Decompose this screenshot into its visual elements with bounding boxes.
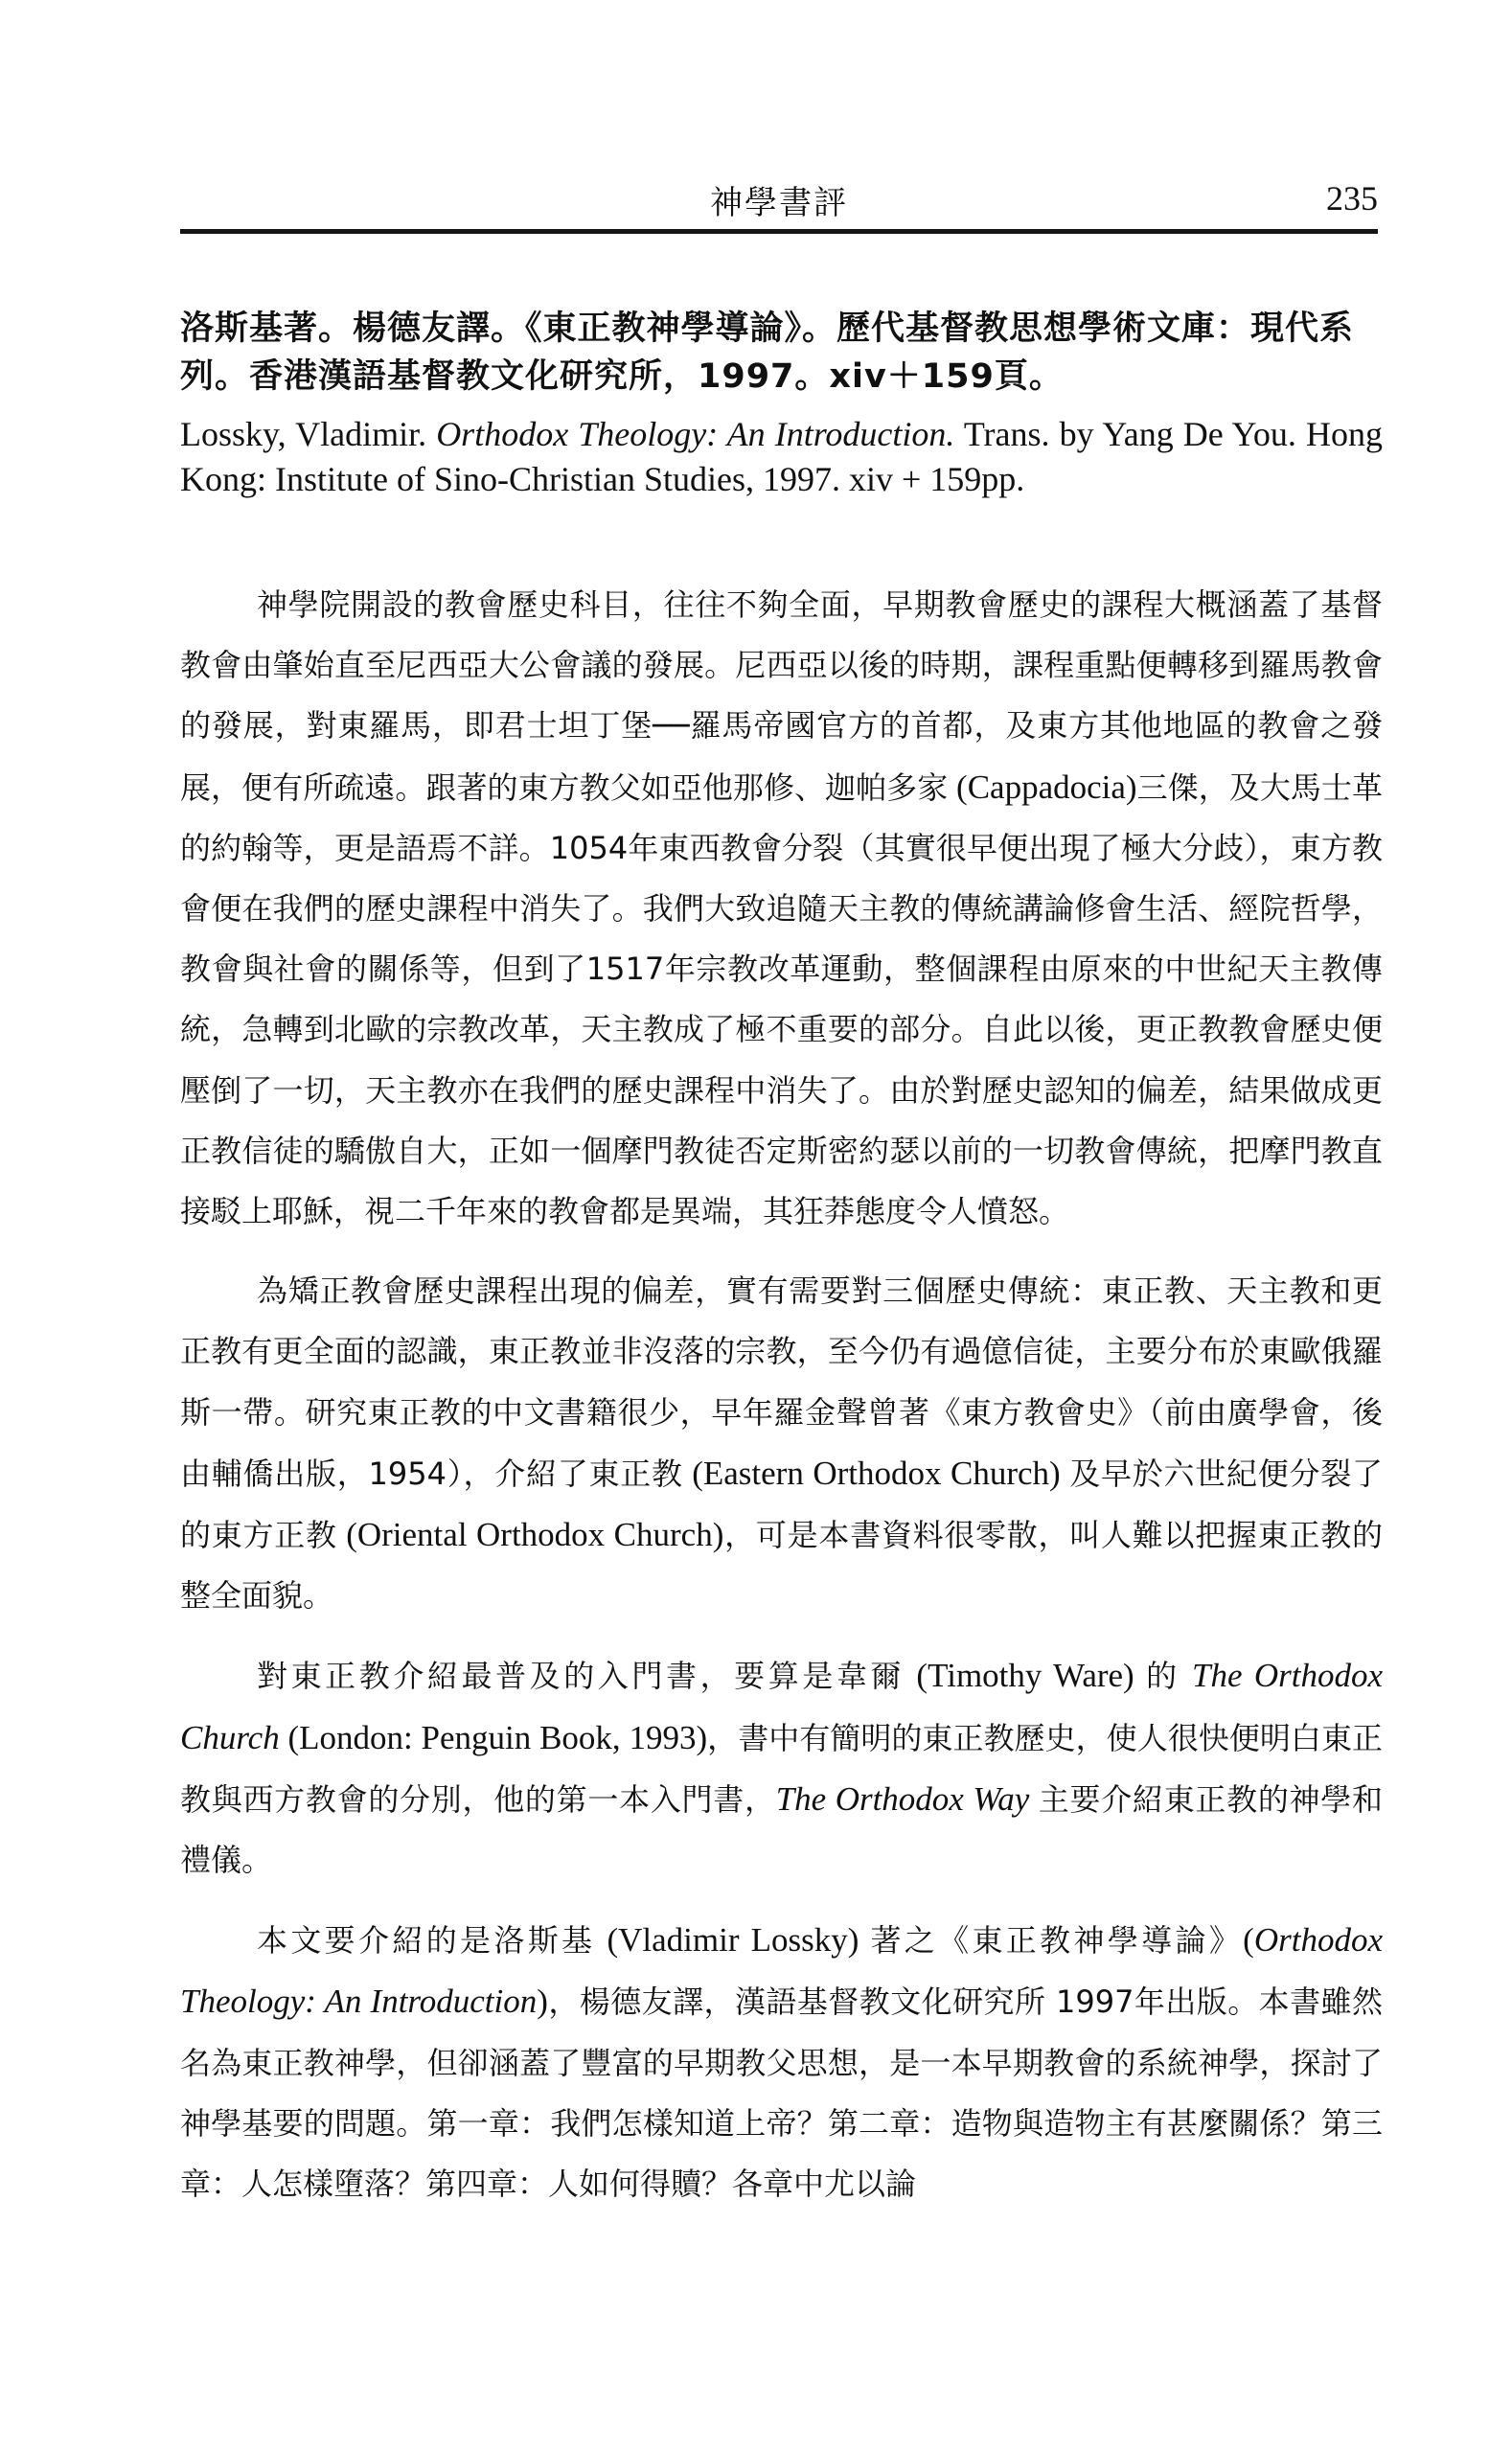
text-segment: (Eastern Orthodox Church)	[683, 1455, 1069, 1492]
bibliography-english: Lossky, Vladimir. Orthodox Theology: An …	[180, 412, 1383, 502]
text-segment: (Timothy Ware)	[905, 1657, 1146, 1694]
bibliography-title: Orthodox Theology: An Introduction.	[436, 415, 954, 453]
review-body: 神學院開設的教會歷史科目，往往不夠全面，早期教會歷史的課程大概涵蓋了基督教會由肇…	[180, 575, 1383, 2214]
text-segment: 對東正教介紹最普及的入門書，要算是韋爾	[257, 1658, 905, 1694]
paragraph-4: 本文要介紹的是洛斯基 (Vladimir Lossky) 著之《東正教神學導論》…	[180, 1910, 1383, 2214]
bibliography-chinese: 洛斯基著。楊德友譯。《東正教神學導論》。歷代基督教思想學術文庫：現代系列。香港漢…	[180, 305, 1383, 401]
running-header: 神學書評 235	[180, 172, 1378, 230]
text-segment: (Cappadocia)	[948, 768, 1136, 806]
bibliography-author: Lossky, Vladimir.	[180, 415, 426, 453]
italic-title: The Orthodox Way	[776, 1780, 1039, 1818]
text-segment: (	[1243, 1921, 1254, 1959]
book-page: 神學書評 235 洛斯基著。楊德友譯。《東正教神學導論》。歷代基督教思想學術文庫…	[0, 0, 1512, 2453]
running-title: 神學書評	[180, 176, 1378, 223]
text-segment: (Vladimir Lossky)	[595, 1921, 870, 1959]
paragraph-3: 對東正教介紹最普及的入門書，要算是韋爾 (Timothy Ware) 的 The…	[180, 1645, 1383, 1891]
text-segment: 的	[1146, 1658, 1180, 1694]
text-segment: (London: Penguin Book, 1993)	[288, 1719, 708, 1756]
text-segment: )	[537, 1983, 548, 2020]
text-segment: (Oriental Orthodox Church)	[337, 1516, 724, 1553]
header-rule	[180, 229, 1378, 234]
text-segment: 著之《東正教神學導論》	[870, 1922, 1243, 1959]
paragraph-1: 神學院開設的教會歷史科目，往往不夠全面，早期教會歷史的課程大概涵蓋了基督教會由肇…	[180, 575, 1383, 1242]
bibliographic-entry: 洛斯基著。楊德友譯。《東正教神學導論》。歷代基督教思想學術文庫：現代系列。香港漢…	[180, 305, 1383, 502]
page-number: 235	[1326, 178, 1378, 218]
paragraph-2: 為矯正教會歷史課程出現的偏差，實有需要對三個歷史傳統：東正教、天主教和更正教有更…	[180, 1261, 1383, 1626]
text-segment: 三傑，及大馬士革的約翰等，更是語焉不詳。1054年東西教會分裂（其實很早便出現了…	[180, 769, 1383, 1229]
text-segment: 本文要介紹的是洛斯基	[257, 1922, 595, 1959]
